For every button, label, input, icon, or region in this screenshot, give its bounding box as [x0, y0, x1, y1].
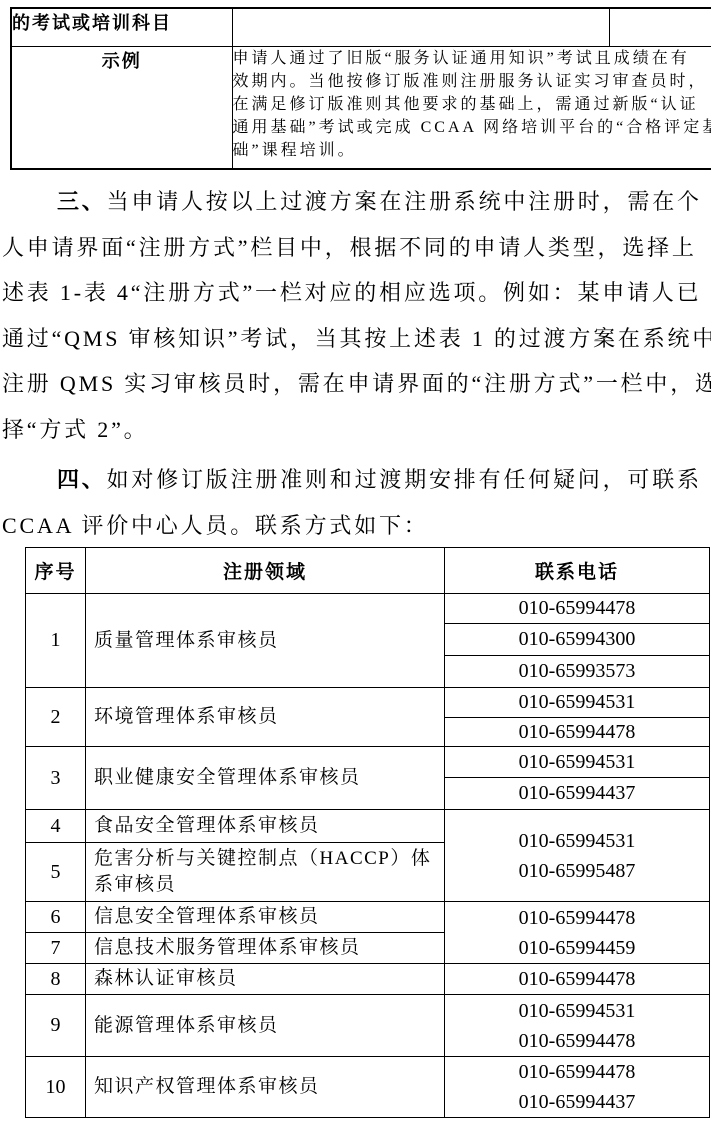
phone-cell: 010-65994437 [445, 778, 710, 810]
paragraph-number: 四、 [57, 467, 107, 492]
paragraph-three: 三、当申请人按以上过渡方案在注册系统中注册时，需在个人申请界面“注册方式”栏目中… [2, 179, 711, 452]
domain-cell: 信息安全管理体系审核员 [86, 902, 445, 933]
example-text-line: 础”课程培训。 [233, 139, 711, 162]
table-row: 9能源管理体系审核员010-65994531010-65994478 [26, 995, 710, 1057]
top-table: 的考试或培训科目 示例 申请人通过了旧版“服务认证通用知识”考试且成绩在有效期内… [10, 7, 711, 170]
table-row: 3职业健康安全管理体系审核员010-65994531 [26, 747, 710, 778]
phone-cell: 010-65994478010-65994459 [445, 902, 710, 964]
empty-cell [609, 8, 711, 46]
table-row: 10知识产权管理体系审核员010-65994478010-65994437 [26, 1057, 710, 1118]
example-label-cell: 示例 [11, 46, 232, 169]
table-row: 的考试或培训科目 [11, 8, 711, 46]
example-text-line: 申请人通过了旧版“服务认证通用知识”考试且成绩在有 [233, 47, 711, 70]
header-domain: 注册领域 [86, 548, 445, 594]
domain-cell: 森林认证审核员 [86, 964, 445, 995]
serial-cell: 3 [26, 747, 86, 810]
paragraph-line: 注册 QMS 实习审核员时，需在申请界面的“注册方式”一栏中，选 [2, 361, 711, 407]
phone-number: 010-65994531 [445, 826, 709, 856]
phone-number: 010-65994478 [445, 1026, 709, 1056]
example-text-line: 在满足修订版准则其他要求的基础上，需通过新版“认证 [233, 93, 711, 116]
phone-number: 010-65994437 [445, 1087, 709, 1117]
table-row: 2环境管理体系审核员010-65994531 [26, 688, 710, 718]
phone-cell: 010-65994300 [445, 624, 710, 656]
table-row: 1质量管理体系审核员010-65994478 [26, 594, 710, 624]
document-page: { "page": {"background": "#ffffff", "tex… [0, 0, 711, 1126]
header-phone: 联系电话 [445, 548, 710, 594]
phone-number: 010-65994478 [445, 1057, 709, 1087]
example-text-line: 效期内。当他按修订版准则注册服务认证实习审查员时， [233, 70, 711, 93]
paragraph-line: 三、当申请人按以上过渡方案在注册系统中注册时，需在个 [2, 179, 711, 225]
table-row: 8森林认证审核员010-65994478 [26, 964, 710, 995]
exam-subject-header-cell: 的考试或培训科目 [11, 8, 232, 46]
domain-cell: 危害分析与关键控制点（HACCP）体系审核员 [86, 843, 445, 902]
phone-cell: 010-65994478 [445, 594, 710, 624]
phone-number: 010-65994478 [445, 903, 709, 933]
table-row: 序号注册领域联系电话 [26, 548, 710, 594]
phone-number: 010-65994459 [445, 933, 709, 963]
domain-cell: 食品安全管理体系审核员 [86, 810, 445, 843]
contact-table: 序号注册领域联系电话1质量管理体系审核员010-65994478010-6599… [25, 547, 710, 1118]
serial-cell: 5 [26, 843, 86, 902]
phone-cell: 010-65993573 [445, 656, 710, 688]
paragraph-line: 人申请界面“注册方式”栏目中，根据不同的申请人类型，选择上 [2, 225, 711, 271]
phone-number: 010-65994531 [445, 996, 709, 1026]
paragraph-line: CCAA 评价中心人员。联系方式如下： [2, 503, 702, 549]
phone-cell: 010-65994478 [445, 718, 710, 747]
paragraph-line: 述表 1-表 4“注册方式”一栏对应的相应选项。例如：某申请人已 [2, 270, 711, 316]
phone-cell: 010-65994531010-65995487 [445, 810, 710, 902]
paragraph-four: 四、如对修订版注册准则和过渡期安排有任何疑问，可联系CCAA 评价中心人员。联系… [2, 457, 702, 548]
phone-cell: 010-65994478 [445, 964, 710, 995]
phone-cell: 010-65994478010-65994437 [445, 1057, 710, 1118]
example-text-line: 通用基础”考试或完成 CCAA 网络培训平台的“合格评定基 [233, 116, 711, 139]
table-row: 4食品安全管理体系审核员010-65994531010-65995487 [26, 810, 710, 843]
phone-number: 010-65995487 [445, 856, 709, 886]
empty-cell [232, 8, 609, 46]
domain-cell: 知识产权管理体系审核员 [86, 1057, 445, 1118]
header-serial: 序号 [26, 548, 86, 594]
serial-cell: 1 [26, 594, 86, 688]
serial-cell: 10 [26, 1057, 86, 1118]
serial-cell: 9 [26, 995, 86, 1057]
serial-cell: 8 [26, 964, 86, 995]
example-text-cell: 申请人通过了旧版“服务认证通用知识”考试且成绩在有效期内。当他按修订版准则注册服… [232, 46, 711, 169]
domain-cell: 职业健康安全管理体系审核员 [86, 747, 445, 810]
paragraph-line: 通过“QMS 审核知识”考试，当其按上述表 1 的过渡方案在系统中 [2, 316, 711, 362]
paragraph-line: 四、如对修订版注册准则和过渡期安排有任何疑问，可联系 [2, 457, 702, 503]
table-row: 示例 申请人通过了旧版“服务认证通用知识”考试且成绩在有效期内。当他按修订版准则… [11, 46, 711, 169]
domain-cell: 环境管理体系审核员 [86, 688, 445, 747]
phone-cell: 010-65994531010-65994478 [445, 995, 710, 1057]
phone-cell: 010-65994531 [445, 747, 710, 778]
paragraph-number: 三、 [57, 189, 107, 214]
phone-cell: 010-65994531 [445, 688, 710, 718]
domain-cell: 信息技术服务管理体系审核员 [86, 933, 445, 964]
serial-cell: 7 [26, 933, 86, 964]
serial-cell: 4 [26, 810, 86, 843]
domain-cell: 能源管理体系审核员 [86, 995, 445, 1057]
table-row: 6信息安全管理体系审核员010-65994478010-65994459 [26, 902, 710, 933]
serial-cell: 6 [26, 902, 86, 933]
domain-cell: 质量管理体系审核员 [86, 594, 445, 688]
serial-cell: 2 [26, 688, 86, 747]
paragraph-line: 择“方式 2”。 [2, 407, 711, 453]
